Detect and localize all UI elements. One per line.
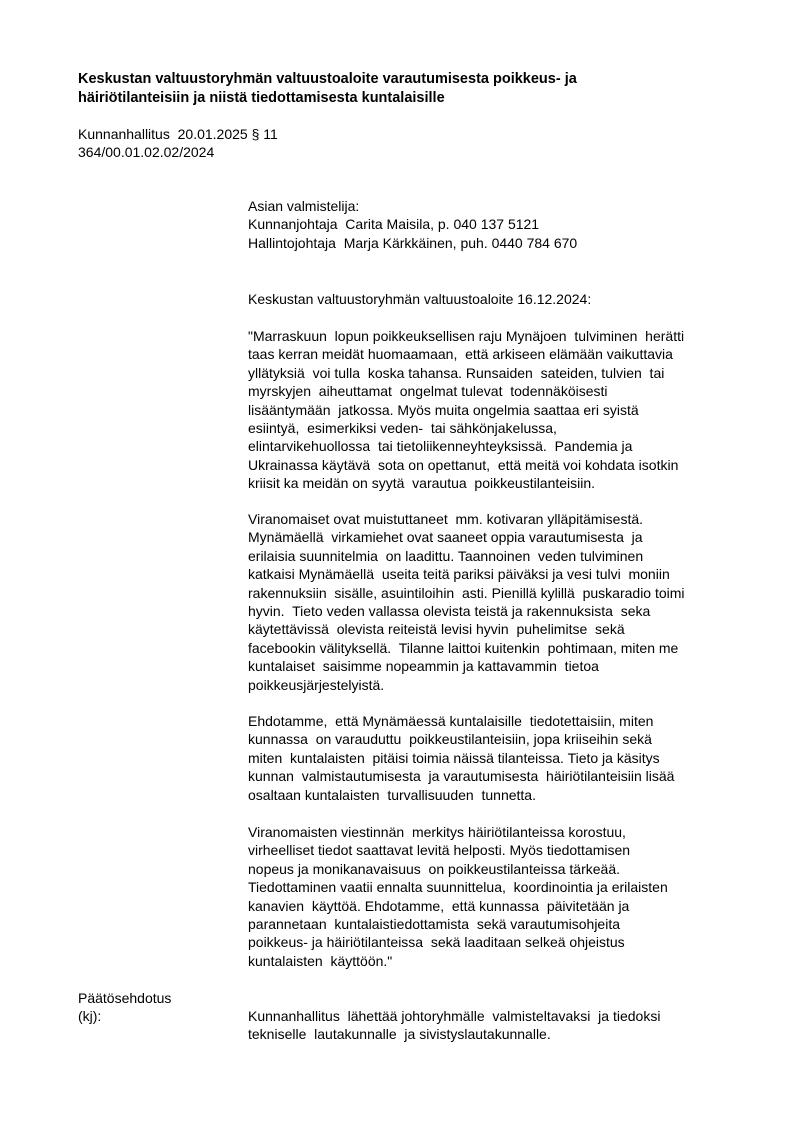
initiative-heading: Keskustan valtuustoryhmän valtuustoaloit…	[248, 290, 718, 308]
preparer-line: Hallintojohtaja Marja Kärkkäinen, puh. 0…	[248, 234, 718, 252]
proposal-text-line: tekniselle lautakunnalle ja sivistyslaut…	[248, 1025, 718, 1043]
paragraph-line: Viranomaisten viestinnän merkitys häiriö…	[248, 823, 718, 841]
paragraph-line: käytettävissä olevista reiteistä levisi …	[248, 620, 718, 638]
paragraph-line: kunnassa on varauduttu poikkeustilanteis…	[248, 730, 718, 748]
paragraph-1: "Marraskuun lopun poikkeuksellisen raju …	[248, 327, 718, 493]
paragraph-line: lisääntymään jatkossa. Myös muita ongelm…	[248, 401, 718, 419]
paragraph-line: Mynämäellä virkamiehet ovat saaneet oppi…	[248, 528, 718, 546]
paragraph-line: poikkeus- ja häiriötilanteissa sekä laad…	[248, 933, 718, 951]
paragraph-line: hyvin. Tieto veden vallassa olevista tei…	[248, 602, 718, 620]
paragraph-line: erilaisia suunnitelmia on laadittu. Taan…	[248, 547, 718, 565]
paragraph-line: parannetaan kuntalaistiedottamista sekä …	[248, 915, 718, 933]
proposal-text: Kunnanhallitus lähettää johtoryhmälle va…	[248, 1007, 718, 1044]
paragraph-line: yllätyksiä voi tulla koska tahansa. Runs…	[248, 364, 718, 382]
paragraph-line: Viranomaiset ovat muistuttaneet mm. koti…	[248, 510, 718, 528]
paragraph-line: kuntalaiset saisimme nopeammin ja kattav…	[248, 657, 718, 675]
paragraph-line: virheelliset tiedot saattavat levitä hel…	[248, 841, 718, 859]
paragraph-line: elintarvikehuollossa tai tietoliikenneyh…	[248, 437, 718, 455]
paragraph-line: kanavien käyttöä. Ehdotamme, että kunnas…	[248, 897, 718, 915]
proposal-text-line: Kunnanhallitus lähettää johtoryhmälle va…	[248, 1007, 718, 1025]
title-line: Keskustan valtuustoryhmän valtuustoaloit…	[78, 70, 718, 89]
paragraph-line: nopeus ja monikanavaisuus on poikkeustil…	[248, 860, 718, 878]
paragraph-line: miten kuntalaisten pitäisi toimia näissä…	[248, 749, 718, 767]
title-line: häiriötilanteisiin ja niistä tiedottamis…	[78, 89, 718, 108]
preparers-block: Asian valmistelija: Kunnanjohtaja Carita…	[248, 197, 718, 252]
paragraph-line: kuntalaisten käyttöön."	[248, 952, 718, 970]
meeting-info: Kunnanhallitus 20.01.2025 § 11 364/00.01…	[78, 125, 278, 162]
paragraph-3: Ehdotamme, että Mynämäessä kuntalaisille…	[248, 712, 718, 804]
paragraph-line: Tiedottaminen vaatii ennalta suunnittelu…	[248, 878, 718, 896]
paragraph-line: facebookin välityksellä. Tilanne laittoi…	[248, 639, 718, 657]
record-number: 364/00.01.02.02/2024	[78, 143, 278, 161]
paragraph-line: rakennuksiin sisälle, asuintiloihin asti…	[248, 584, 718, 602]
paragraph-line: kunnan valmistautumisesta ja varautumise…	[248, 767, 718, 785]
preparer-line: Kunnanjohtaja Carita Maisila, p. 040 137…	[248, 215, 718, 233]
paragraph-line: taas kerran meidät huomaamaan, että arki…	[248, 345, 718, 363]
paragraph-line: "Marraskuun lopun poikkeuksellisen raju …	[248, 327, 718, 345]
paragraph-line: osaltaan kuntalaisten turvallisuuden tun…	[248, 786, 718, 804]
paragraph-2: Viranomaiset ovat muistuttaneet mm. koti…	[248, 510, 718, 694]
meeting-reference: Kunnanhallitus 20.01.2025 § 11	[78, 125, 278, 143]
document-title: Keskustan valtuustoryhmän valtuustoaloit…	[78, 70, 718, 107]
proposal-label-line: Päätösehdotus	[78, 989, 171, 1007]
paragraph-line: Ukrainassa käytävä sota on opettanut, et…	[248, 456, 718, 474]
paragraph-line: Ehdotamme, että Mynämäessä kuntalaisille…	[248, 712, 718, 730]
proposal-label-line: (kj):	[78, 1007, 171, 1025]
paragraph-line: poikkeusjärjestelyistä.	[248, 676, 718, 694]
paragraph-line: katkaisi Mynämäellä useita teitä pariksi…	[248, 565, 718, 583]
paragraph-line: esiintyä, esimerkiksi veden- tai sähkönj…	[248, 419, 718, 437]
proposal-label: Päätösehdotus (kj):	[78, 989, 171, 1026]
paragraph-4: Viranomaisten viestinnän merkitys häiriö…	[248, 823, 718, 970]
paragraph-line: kriisit ka meidän on syytä varautua poik…	[248, 474, 718, 492]
preparers-heading: Asian valmistelija:	[248, 197, 718, 215]
paragraph-line: myrskyjen aiheuttamat ongelmat tulevat t…	[248, 382, 718, 400]
